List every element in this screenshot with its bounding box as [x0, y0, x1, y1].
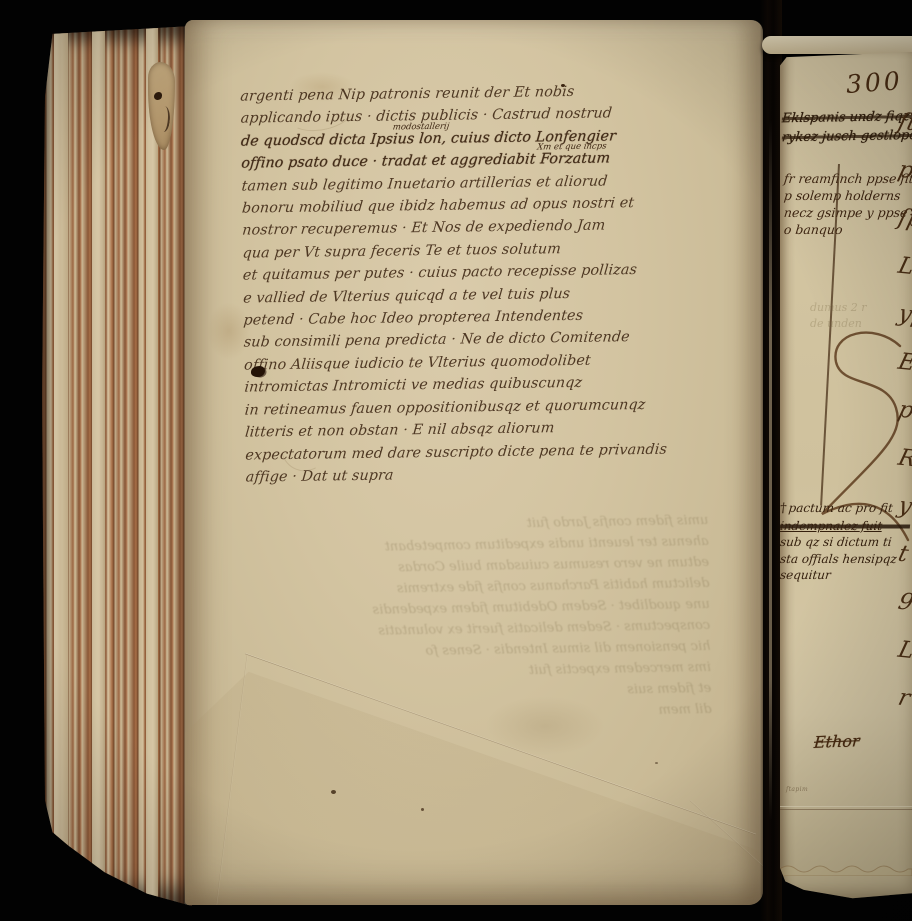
interlinear-insertion: modostallerij	[392, 122, 450, 133]
text-fragment: ſt	[890, 109, 912, 159]
text-fragment: r	[890, 685, 912, 735]
showthrough-line: dumus 2 r	[810, 300, 867, 316]
main-text-block: argenti pena Nip patronis reunit der Et …	[240, 78, 758, 488]
dagger-mark: †	[780, 501, 787, 516]
text-fragment: R	[890, 445, 912, 495]
text-fragment: 9	[890, 589, 912, 639]
tiny-inscription: ſtapim	[786, 786, 808, 793]
interlinear-insertion: Xm et que incps	[536, 141, 607, 152]
parchment-band	[92, 26, 105, 906]
note-text: pactum ac pro fit	[788, 501, 894, 515]
folio-number: 300	[845, 66, 904, 99]
page-edge-stack	[42, 26, 192, 906]
ink-speck	[331, 790, 336, 794]
signature-mark: Ethor	[813, 731, 860, 752]
manuscript-left-page: argenti pena Nip patronis reunit der Et …	[185, 20, 763, 905]
text-fragment: p	[890, 397, 912, 447]
text-fragment: E	[890, 349, 912, 399]
manuscript-photo: argenti pena Nip patronis reunit der Et …	[0, 0, 912, 921]
horizontal-crease	[780, 809, 912, 810]
cut-off-text-fragments: ſt pz ſp Ls yp E p R y t 9 L r	[884, 110, 912, 734]
manuscript-right-page: 300 Eklspanis undz fiqz rykez jusch gest…	[780, 52, 912, 900]
book-gutter	[760, 0, 782, 921]
text-fragment: Ls	[890, 253, 912, 303]
ink-speck	[421, 808, 424, 811]
text-fragment: pz	[890, 157, 912, 207]
text-fragment: L	[890, 637, 912, 687]
ink-mark	[156, 105, 172, 132]
text-fragment: y	[890, 493, 912, 543]
horizontal-crease-highlight	[780, 806, 912, 807]
ink-mark	[154, 92, 162, 100]
waterstain-edge	[780, 860, 912, 876]
right-cover-edge	[762, 36, 912, 54]
text-fragment: t	[890, 541, 912, 591]
cover-edge-strip	[54, 26, 68, 906]
under-page-edge	[769, 120, 772, 820]
text-fragment: yp	[890, 301, 912, 351]
showthrough-lines: dumus 2 r de unden	[810, 300, 867, 332]
text-fragment: ſp	[890, 205, 912, 255]
ink-speck	[561, 84, 565, 87]
ink-speck	[655, 762, 658, 764]
parchment-band	[146, 26, 158, 906]
